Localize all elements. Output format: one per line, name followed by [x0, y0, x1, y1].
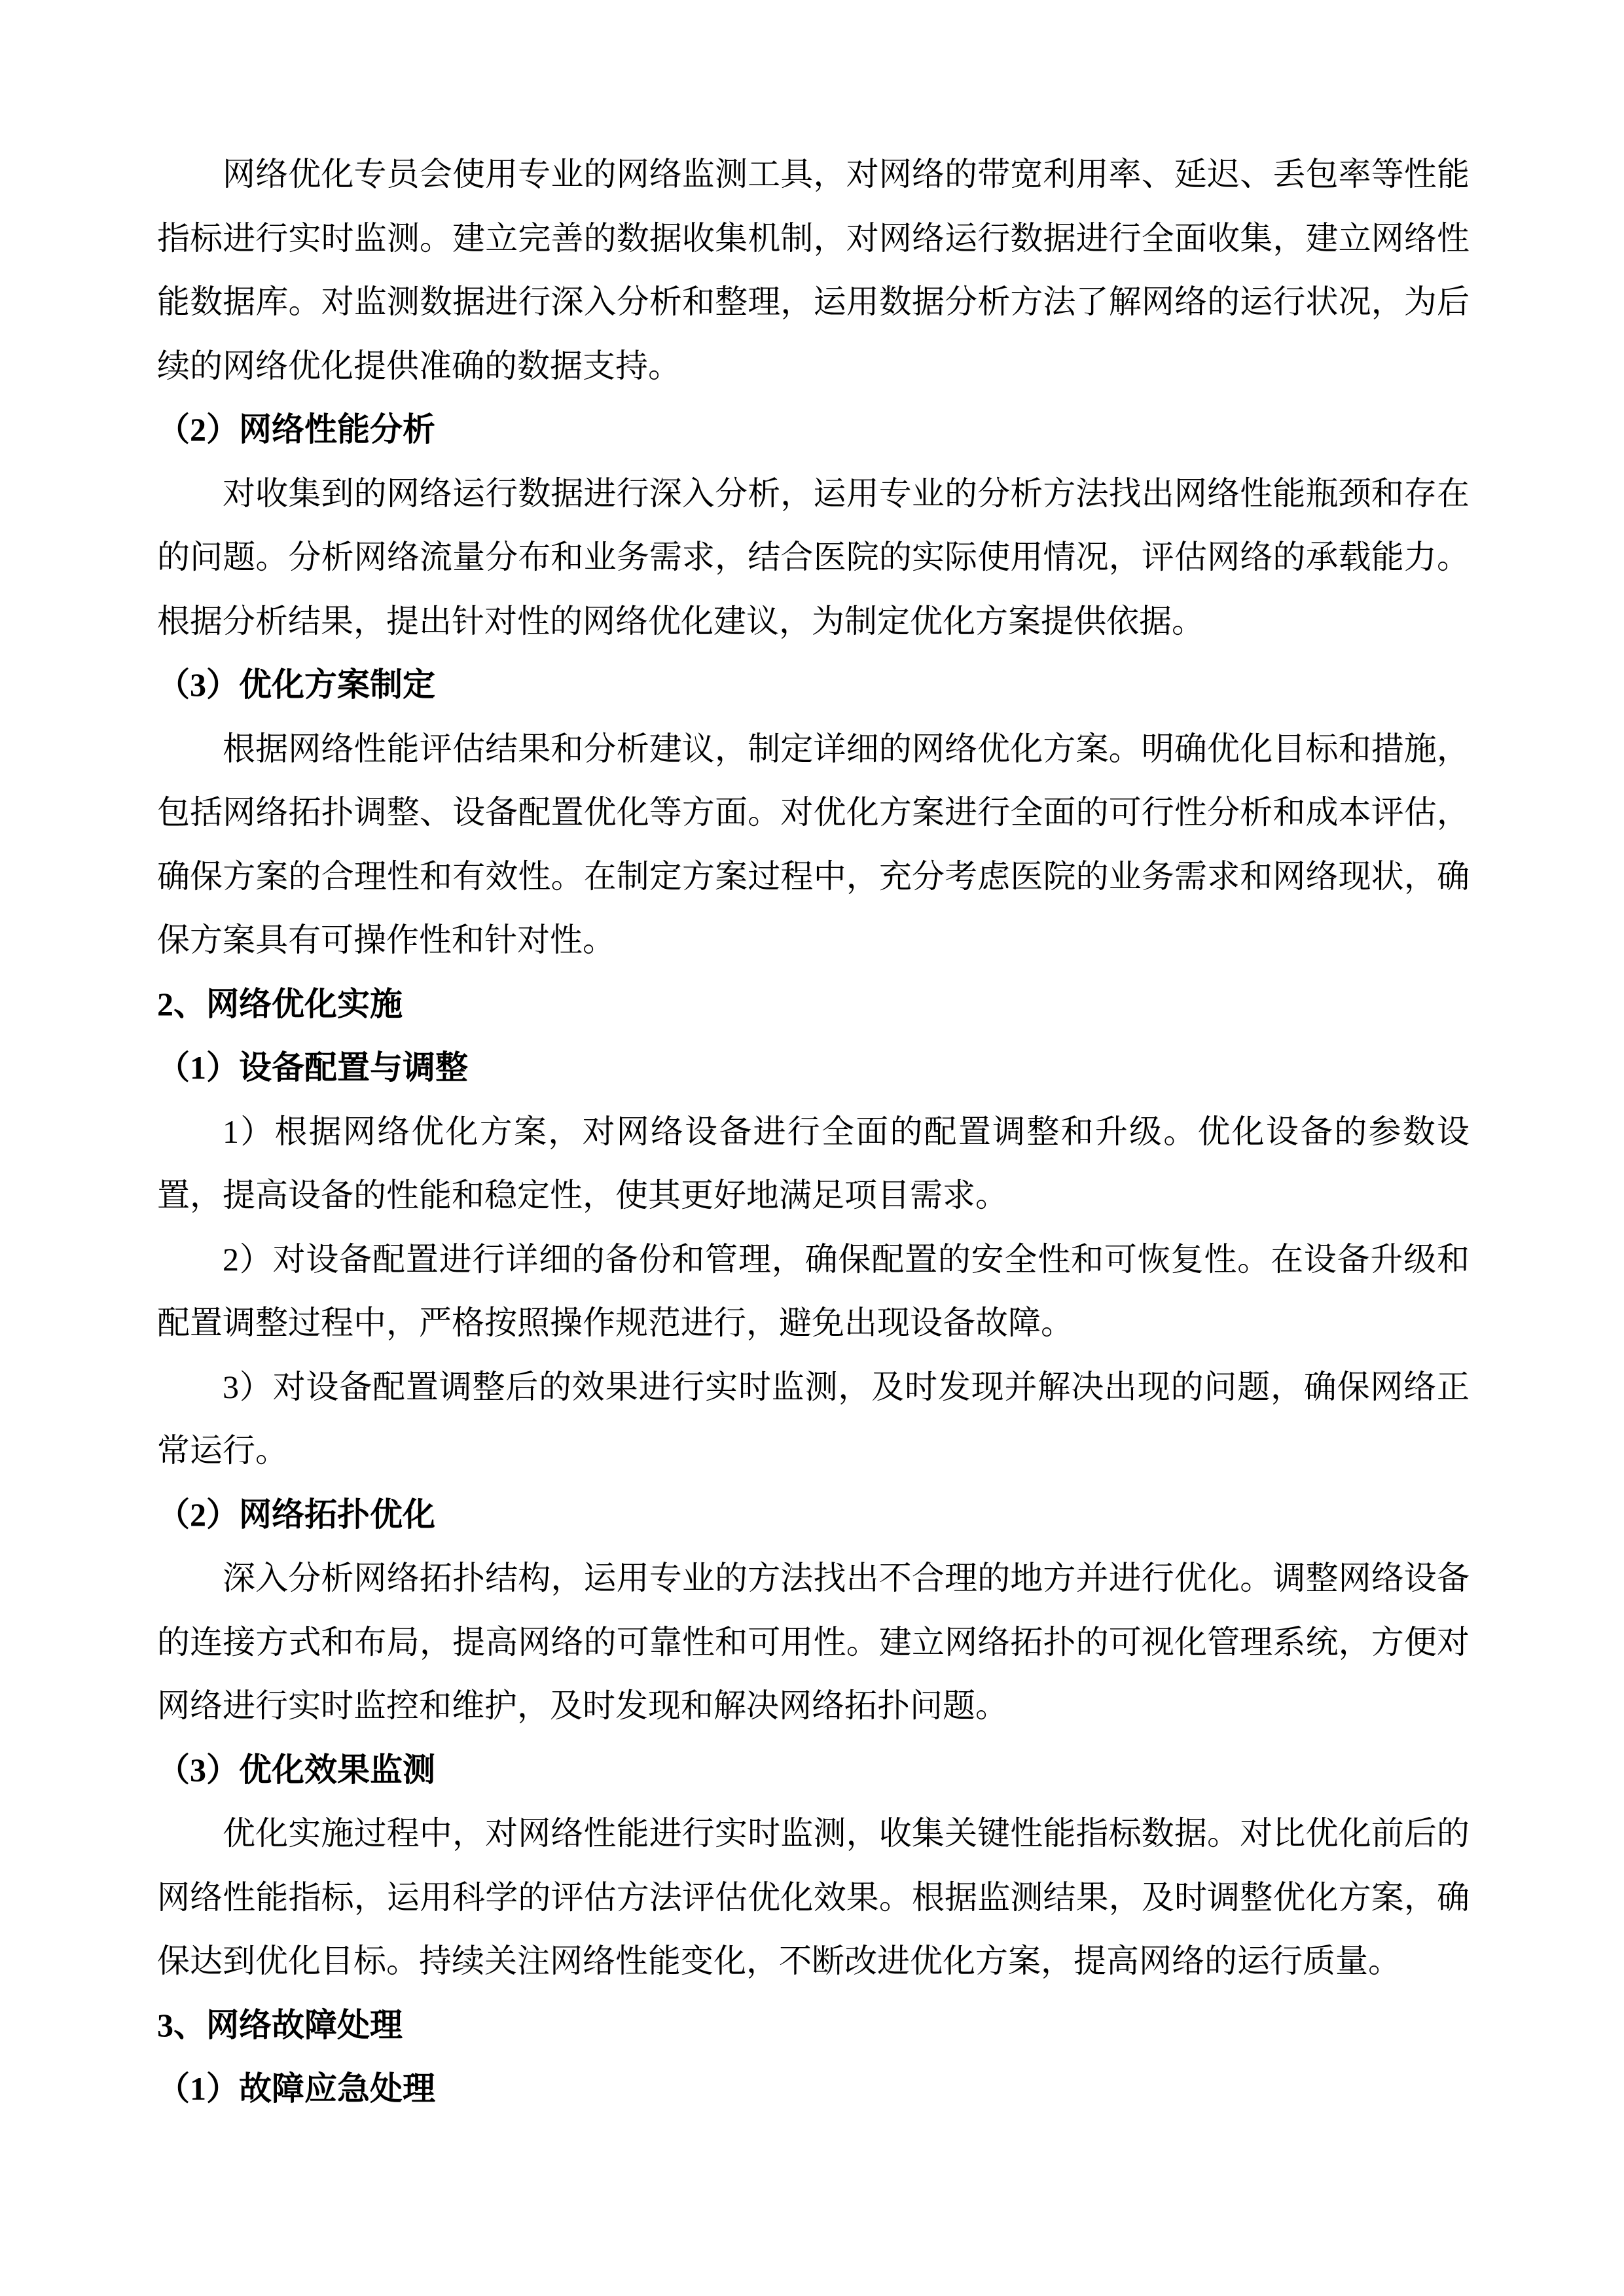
heading-optimization-plan-formulation: （3）优化方案制定	[157, 653, 1470, 717]
heading-network-performance-analysis: （2）网络性能分析	[157, 398, 1470, 462]
list-item-2-config-backup-management: 2）对设备配置进行详细的备份和管理，确保配置的安全性和可恢复性。在设备升级和配置…	[157, 1228, 1470, 1355]
page: 网络优化专员会使用专业的网络监测工具，对网络的带宽利用率、延迟、丢包率等性能指标…	[0, 0, 1624, 2296]
heading-device-config-adjustment: （1）设备配置与调整	[157, 1036, 1470, 1100]
list-item-1-device-config-upgrade: 1）根据网络优化方案，对网络设备进行全面的配置调整和升级。优化设备的参数设置，提…	[157, 1100, 1470, 1228]
list-item-3-adjustment-effect-monitoring: 3）对设备配置调整后的效果进行实时监测，及时发现并解决出现的问题，确保网络正常运…	[157, 1355, 1470, 1483]
paragraph-performance-analysis: 对收集到的网络运行数据进行深入分析，运用专业的分析方法找出网络性能瓶颈和存在的问…	[157, 462, 1470, 654]
paragraph-topology-optimization: 深入分析网络拓扑结构，运用专业的方法找出不合理的地方并进行优化。调整网络设备的连…	[157, 1547, 1470, 1738]
heading-network-topology-optimization: （2）网络拓扑优化	[157, 1483, 1470, 1547]
paragraph-optimization-plan: 根据网络性能评估结果和分析建议，制定详细的网络优化方案。明确优化目标和措施，包括…	[157, 717, 1470, 973]
heading-network-optimization-implementation: 2、网络优化实施	[157, 973, 1470, 1037]
heading-network-fault-handling: 3、网络故障处理	[157, 1994, 1470, 2058]
paragraph-monitoring-data-collection: 网络优化专员会使用专业的网络监测工具，对网络的带宽利用率、延迟、丢包率等性能指标…	[157, 143, 1470, 398]
paragraph-effect-monitoring: 优化实施过程中，对网络性能进行实时监测，收集关键性能指标数据。对比优化前后的网络…	[157, 1802, 1470, 1994]
heading-fault-emergency-handling: （1）故障应急处理	[157, 2057, 1470, 2121]
document-body: 网络优化专员会使用专业的网络监测工具，对网络的带宽利用率、延迟、丢包率等性能指标…	[157, 143, 1470, 2121]
heading-optimization-effect-monitoring: （3）优化效果监测	[157, 1738, 1470, 1803]
